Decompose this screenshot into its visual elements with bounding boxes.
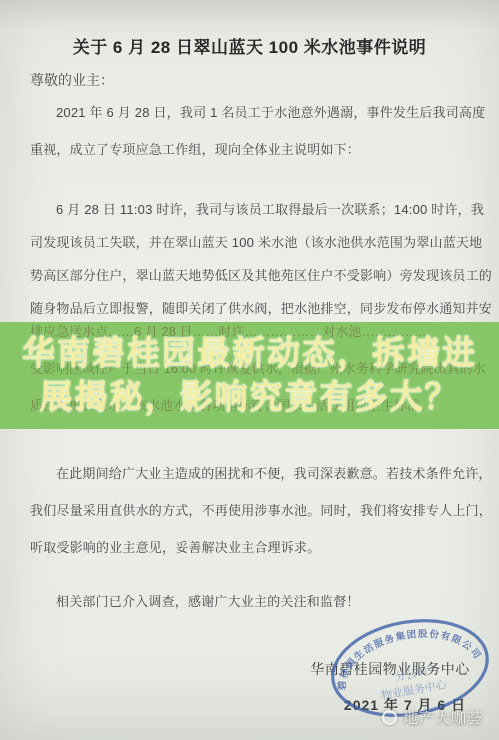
notice-photo: 关于 6 月 28 日翠山蓝天 100 米水池事件说明 尊敬的业主： 2021 … xyxy=(0,0,499,740)
page-title: 关于 6 月 28 日翠山蓝天 100 米水池事件说明 xyxy=(0,33,499,58)
salutation: 尊敬的业主： xyxy=(30,70,114,90)
paragraph-intro: 2021 年 6 月 28 日，我司 1 名员工于水池意外遇溺，事件发生后我司高… xyxy=(30,94,474,168)
watermark-label: 地产大咖荟 xyxy=(403,707,483,728)
paragraph-incident: 6 月 28 日 11:03 时许，我司与该员工取得最后一次联系；14:00 时… xyxy=(30,193,474,325)
overlay-headline: 华南碧桂园最新动态，拆墙进 展揭秘，影响究竟有多大？ xyxy=(0,331,499,419)
watermark-logo-icon xyxy=(382,710,397,725)
watermark: 地产大咖荟 xyxy=(382,707,483,728)
signature-organization: 华南碧桂园物业服务中心 xyxy=(310,659,470,679)
svg-text:碧桂园生活服务集团股份有限公司: 碧桂园生活服务集团股份有限公司 xyxy=(328,617,486,693)
overlay-headline-line2: 展揭秘，影响究竟有多大？ xyxy=(0,375,499,419)
headline-overlay-banner: 排应急送水点……6 月 28 日……时许………………对水池…………… 受影响区域… xyxy=(0,322,499,429)
paragraph-apology: 在此期间给广大业主造成的困扰和不便，我司深表歉意。若技术条件允许， 我们尽量采用… xyxy=(30,455,474,566)
stamp-rim-text: 碧桂园生活服务集团股份有限公司 xyxy=(328,617,486,693)
overlay-headline-line1: 华南碧桂园最新动态，拆墙进 xyxy=(0,331,499,375)
paragraph-closing: 相关部门已介入调查，感谢广大业主的关注和监督！ xyxy=(30,592,474,612)
